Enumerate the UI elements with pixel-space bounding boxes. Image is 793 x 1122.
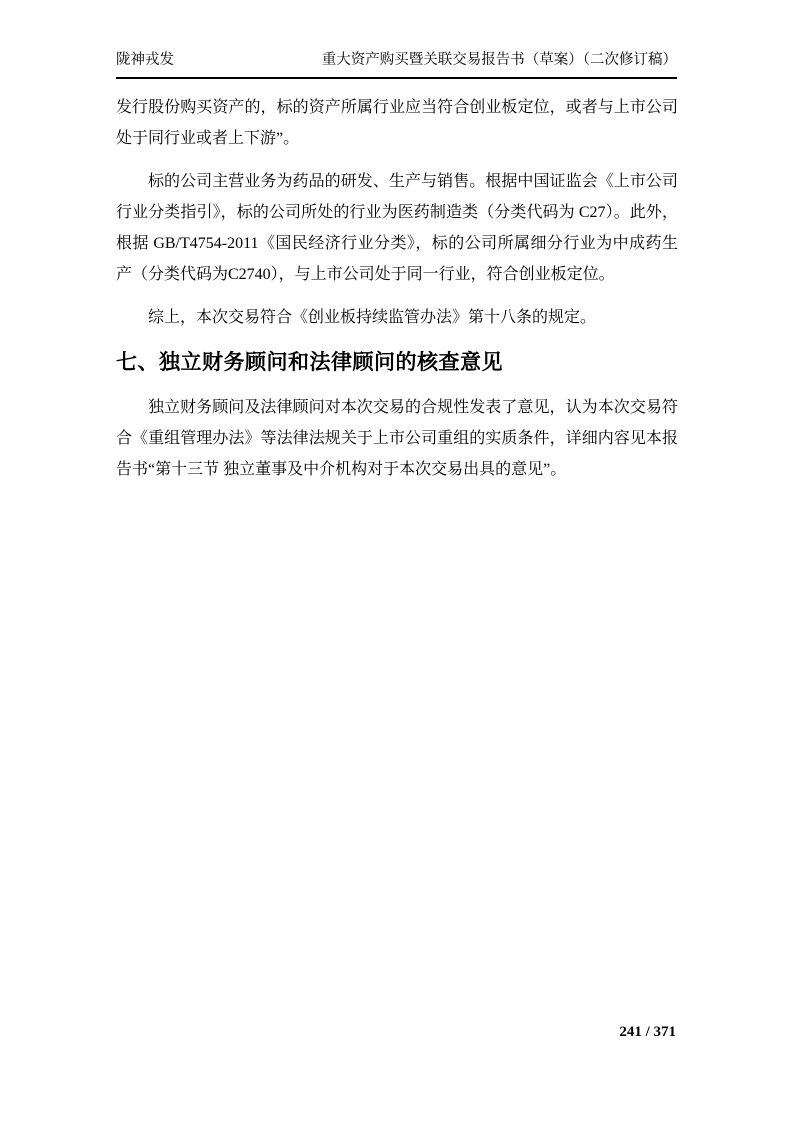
page-number: 241 / 371 xyxy=(619,1024,676,1040)
document-page: 陇神戎发 重大资产购买暨关联交易报告书（草案）（二次修订稿） 发行股份购买资产的… xyxy=(0,0,793,1122)
page-header: 陇神戎发 重大资产购买暨关联交易报告书（草案）（二次修订稿） xyxy=(116,52,677,79)
section-heading: 七、独立财务顾问和法律顾问的核查意见 xyxy=(116,348,678,378)
page-footer: 241 / 371 xyxy=(619,1023,676,1041)
paragraph-advisor-opinion: 独立财务顾问及法律顾问对本次交易的合规性发表了意见，认为本次交易符合《重组管理办… xyxy=(116,392,678,485)
paragraph-continuation: 发行股份购买资产的，标的资产所属行业应当符合创业板定位，或者与上市公司处于同行业… xyxy=(116,92,678,154)
paragraph-conclusion: 综上，本次交易符合《创业板持续监管办法》第十八条的规定。 xyxy=(116,302,678,333)
header-company-name: 陇神戎发 xyxy=(116,52,174,69)
document-body: 发行股份购买资产的，标的资产所属行业应当符合创业板定位，或者与上市公司处于同行业… xyxy=(116,92,678,497)
header-report-title: 重大资产购买暨关联交易报告书（草案）（二次修订稿） xyxy=(322,52,677,69)
paragraph-business-scope: 标的公司主营业务为药品的研发、生产与销售。根据中国证监会《上市公司行业分类指引》… xyxy=(116,166,678,290)
